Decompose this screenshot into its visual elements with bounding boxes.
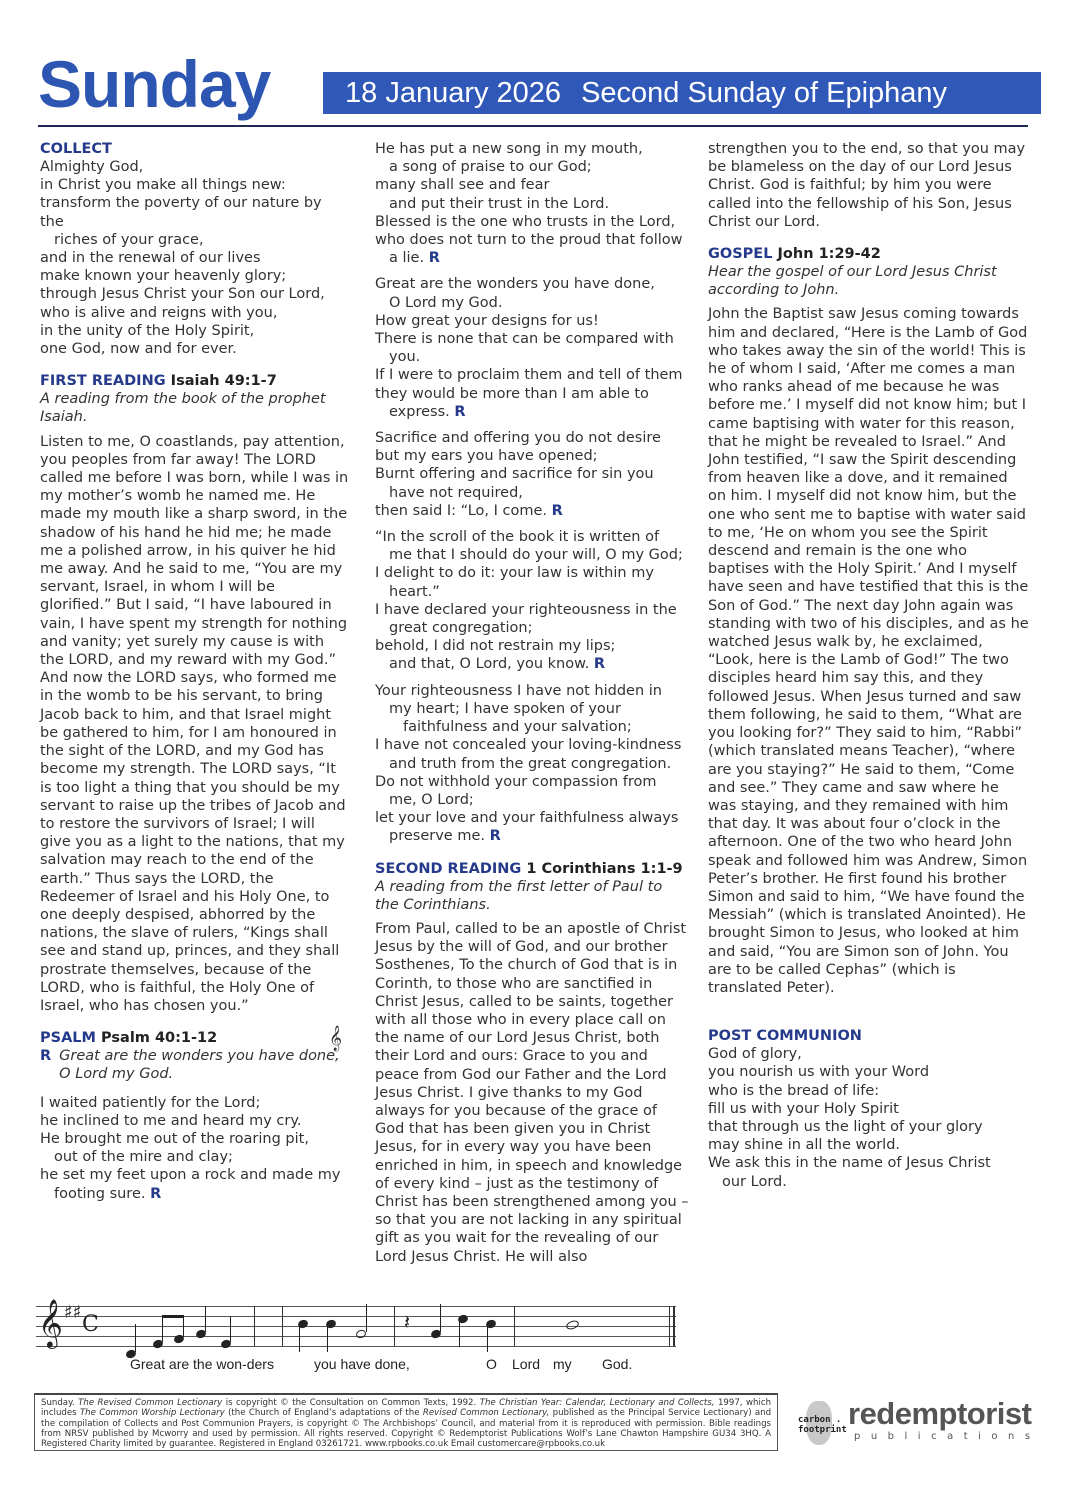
collect-line: through Jesus Christ your Son our Lord, — [40, 285, 350, 303]
psalm-stanza: Your righteousness I have not hidden in … — [375, 682, 690, 846]
note-stem — [162, 1316, 163, 1342]
psalm-stanza: He has put a new song in my mouth, a son… — [375, 140, 690, 267]
psalm-line: I have declared your righteousness in th… — [375, 601, 690, 619]
psalm-line: faithfulness and your salvation; — [375, 718, 690, 736]
collect-line: Almighty God, — [40, 158, 350, 176]
psalm-line: who does not turn to the proud that foll… — [375, 231, 690, 249]
psalm-stanza: I waited patiently for the Lord; he incl… — [40, 1094, 350, 1203]
lyric: my — [553, 1356, 572, 1372]
psalm-line: my heart; I have spoken of your — [375, 700, 690, 718]
second-reading-heading: SECOND READING 1 Corinthians 1:1-9 — [375, 860, 690, 878]
response-text: Great are the wonders you have done, O L… — [59, 1047, 350, 1083]
collect-line: one God, now and for ever. — [40, 340, 350, 358]
collect-line: who is alive and reigns with you, — [40, 304, 350, 322]
psalm-line-text: a lie. — [389, 250, 424, 266]
publisher-logos: carbon . footprint redemptorist publicat… — [790, 1393, 1030, 1453]
gospel-heading: GOSPEL John 1:29-42 — [708, 245, 1030, 263]
redemptorist-logo: redemptorist — [848, 1397, 1031, 1431]
note-stem — [366, 1304, 367, 1332]
psalm-line: me that I should do your will, O my God; — [375, 546, 690, 564]
collect-line: riches of your grace, — [40, 231, 350, 249]
prayer-line: you nourish us with your Word — [708, 1063, 1030, 1081]
carbon-label: carbon . — [798, 1415, 847, 1425]
psalm-response: R Great are the wonders you have done, O… — [40, 1047, 350, 1083]
psalm-line: great congregation; — [375, 619, 690, 637]
psalm-line: Great are the wonders you have done, — [375, 275, 690, 293]
psalm-line-text: footing sure. — [54, 1186, 145, 1202]
copyright-notice: Sunday. The Revised Common Lectionary is… — [34, 1393, 778, 1451]
column-2: He has put a new song in my mouth, a son… — [375, 140, 690, 1266]
final-barline — [673, 1306, 675, 1346]
psalm-stanza: Great are the wonders you have done, O L… — [375, 275, 690, 421]
copyright-title: The Revised Common Lectionary — [78, 1398, 222, 1408]
psalm-line: behold, I did not restrain my lips; — [375, 637, 690, 655]
response-marker: R — [454, 404, 465, 420]
carbon-label: footprint — [798, 1425, 847, 1435]
psalm-line: a lie. R — [375, 249, 690, 267]
response-marker: R — [150, 1186, 161, 1202]
collect-line: transform the poverty of our nature by t… — [40, 194, 350, 230]
gospel-intro: Hear the gospel of our Lord Jesus Christ… — [708, 263, 1030, 299]
carbon-footprint-logo: carbon . footprint — [796, 1401, 844, 1445]
note-stem — [440, 1304, 441, 1332]
staff-line — [36, 1326, 676, 1327]
second-reading-section: SECOND READING 1 Corinthians 1:1-9 A rea… — [375, 860, 690, 1266]
reading-text: Listen to me, O coastlands, pay attentio… — [40, 433, 350, 1016]
date-label: 18 January 2026 — [345, 77, 561, 109]
psalm-stanza: Sacrifice and offering you do not desire… — [375, 429, 690, 520]
reading-text: From Paul, called to be an apostle of Ch… — [375, 920, 690, 1266]
scripture-reference: Psalm 40:1-12 — [101, 1030, 217, 1046]
note-stem — [135, 1324, 136, 1352]
prayer-line: We ask this in the name of Jesus Christ — [708, 1154, 1030, 1172]
prayer-line: our Lord. — [708, 1173, 1030, 1191]
psalm-line: express. R — [375, 403, 690, 421]
collect-line: in the unity of the Holy Spirit, — [40, 322, 350, 340]
copyright-title: Revised Common Lectionary, — [423, 1408, 549, 1418]
note-stem — [230, 1316, 231, 1342]
collect-line: in Christ you make all things new: — [40, 176, 350, 194]
treble-clef-icon: 𝄞 — [329, 1029, 342, 1049]
page-header: Sunday 18 January 2026Second Sunday of E… — [38, 50, 1028, 130]
psalm-line: I have not concealed your loving-kindnes… — [375, 736, 690, 754]
response-marker: R — [594, 656, 605, 672]
gospel-section: GOSPEL John 1:29-42 Hear the gospel of o… — [708, 245, 1030, 997]
staff-line — [36, 1346, 676, 1347]
first-reading-heading: FIRST READING Isaiah 49:1-7 — [40, 372, 350, 390]
psalm-line: Burnt offering and sacrifice for sin you — [375, 465, 690, 483]
psalm-line: me, O Lord; — [375, 791, 690, 809]
barline — [394, 1306, 395, 1346]
staff-line — [36, 1316, 676, 1317]
prayer-line: God of glory, — [708, 1045, 1030, 1063]
psalm-line: he set my feet upon a rock and made my — [40, 1166, 350, 1184]
treble-clef-icon: 𝄞 — [38, 1298, 63, 1348]
psalm-line: they would be more than I am able to — [375, 385, 690, 403]
psalm-line: but my ears you have opened; — [375, 447, 690, 465]
carbon-footprint-text: carbon . footprint — [798, 1415, 847, 1435]
copyright-title: The Christian Year: Calendar, Lectionary… — [480, 1398, 715, 1408]
occasion-label: Second Sunday of Epiphany — [581, 77, 947, 109]
key-signature-icon: ♯♯ — [64, 1304, 81, 1322]
collect-heading: COLLECT — [40, 140, 350, 158]
gospel-text: John the Baptist saw Jesus coming toward… — [708, 305, 1030, 997]
psalm-line: Do not withhold your compassion from — [375, 773, 690, 791]
barline — [282, 1306, 283, 1346]
post-communion-heading: POST COMMUNION — [708, 1027, 1030, 1045]
response-marker: R — [429, 250, 440, 266]
lyric: you have done, — [314, 1356, 410, 1372]
psalm-line: you. — [375, 348, 690, 366]
redemptorist-subtitle: publications — [854, 1431, 1041, 1443]
scripture-reference: John 1:29-42 — [778, 246, 881, 262]
collect-section: COLLECT Almighty God, in Christ you make… — [40, 140, 350, 358]
post-communion-section: POST COMMUNION God of glory, you nourish… — [708, 1027, 1030, 1191]
barline — [254, 1306, 255, 1346]
prayer-line: may shine in all the world. — [708, 1136, 1030, 1154]
psalm-response-music: 𝄞 ♯♯ C 𝄽 — [36, 1298, 686, 1378]
psalm-line: There is none that can be compared with — [375, 330, 690, 348]
psalm-line-text: preserve me. — [389, 828, 485, 844]
copyright-text: is copyright © the Consultation on Commo… — [226, 1398, 477, 1408]
collect-line: and in the renewal of our lives — [40, 249, 350, 267]
psalm-line: If I were to proclaim them and tell of t… — [375, 366, 690, 384]
note-stem — [183, 1315, 184, 1337]
section-label: SECOND READING — [375, 861, 521, 877]
psalm-line: out of the mire and clay; — [40, 1148, 350, 1166]
barline — [669, 1306, 670, 1346]
psalm-line: a song of praise to our God; — [375, 158, 690, 176]
psalm-stanza: “In the scroll of the book it is written… — [375, 528, 690, 674]
psalm-line: have not required, — [375, 484, 690, 502]
note-stem — [205, 1306, 206, 1332]
response-marker: R — [490, 828, 501, 844]
section-label: PSALM — [40, 1030, 96, 1046]
note-stem — [327, 1324, 328, 1352]
day-title: Sunday — [38, 44, 270, 124]
header-divider — [38, 125, 1028, 127]
psalm-line: He has put a new song in my mouth, — [375, 140, 690, 158]
psalm-line: and truth from the great congregation. — [375, 755, 690, 773]
psalm-line: many shall see and fear — [375, 176, 690, 194]
staff-line — [36, 1306, 676, 1307]
psalm-line: footing sure. R — [40, 1185, 350, 1203]
psalm-line: “In the scroll of the book it is written… — [375, 528, 690, 546]
whole-note-icon — [565, 1319, 580, 1331]
response-marker: R — [40, 1047, 51, 1083]
copyright-text: Sunday. — [41, 1398, 75, 1408]
copyright-text: (the Church of England’s adaptations of … — [228, 1408, 419, 1418]
collect-line: make known your heavenly glory; — [40, 267, 350, 285]
psalm-line: then said I: “Lo, I come. R — [375, 502, 690, 520]
lyric: God. — [602, 1356, 632, 1372]
note-beam — [162, 1315, 184, 1318]
column-1: COLLECT Almighty God, in Christ you make… — [40, 140, 350, 1211]
rest-icon: 𝄽 — [404, 1312, 410, 1332]
psalm-line: and put their trust in the Lord. — [375, 195, 690, 213]
psalm-line: Sacrifice and offering you do not desire — [375, 429, 690, 447]
lyric: Great are the won-ders — [130, 1356, 274, 1372]
psalm-line: He brought me out of the roaring pit, — [40, 1130, 350, 1148]
date-band: 18 January 2026Second Sunday of Epiphany — [323, 72, 1041, 114]
psalm-line: O Lord my God. — [375, 294, 690, 312]
psalm-heading: PSALM Psalm 40:1-12 — [40, 1029, 350, 1047]
psalm-line: let your love and your faithfulness alwa… — [375, 809, 690, 827]
column-3: strengthen you to the end, so that you m… — [708, 140, 1030, 1191]
prayer-line: that through us the light of your glory — [708, 1118, 1030, 1136]
time-signature-icon: C — [82, 1314, 99, 1336]
reading-intro: A reading from the first letter of Paul … — [375, 878, 690, 914]
prayer-line: who is the bread of life: — [708, 1082, 1030, 1100]
section-label: FIRST READING — [40, 373, 166, 389]
psalm-line-text: and that, O Lord, you know. — [389, 656, 589, 672]
note-stem — [299, 1324, 300, 1352]
psalm-line: I waited patiently for the Lord; — [40, 1094, 350, 1112]
scripture-reference: 1 Corinthians 1:1-9 — [526, 861, 682, 877]
barline — [514, 1306, 515, 1346]
first-reading-section: FIRST READING Isaiah 49:1-7 A reading fr… — [40, 372, 350, 1015]
psalm-line: Blessed is the one who trusts in the Lor… — [375, 213, 690, 231]
reading-intro: A reading from the book of the prophet I… — [40, 390, 350, 426]
psalm-line: heart.” — [375, 583, 690, 601]
lyric: O — [486, 1356, 497, 1372]
prayer-line: fill us with your Holy Spirit — [708, 1100, 1030, 1118]
psalm-line-text: express. — [389, 404, 450, 420]
note-stem — [487, 1324, 488, 1352]
lyric: Lord — [512, 1356, 540, 1372]
copyright-title: The Common Worship Lectionary — [80, 1408, 225, 1418]
psalm-line: How great your designs for us! — [375, 312, 690, 330]
scripture-reference: Isaiah 49:1-7 — [171, 373, 277, 389]
psalm-line: he inclined to me and heard my cry. — [40, 1112, 350, 1130]
psalm-line: preserve me. R — [375, 827, 690, 845]
music-staff: 𝄞 ♯♯ C 𝄽 — [36, 1306, 676, 1346]
psalm-line: Your righteousness I have not hidden in — [375, 682, 690, 700]
psalm-line: I delight to do it: your law is within m… — [375, 564, 690, 582]
psalm-section: 𝄞 PSALM Psalm 40:1-12 R Great are the wo… — [40, 1029, 350, 1203]
psalm-line-text: then said I: “Lo, I come. — [375, 503, 547, 519]
section-label: GOSPEL — [708, 246, 772, 262]
psalm-line: and that, O Lord, you know. R — [375, 655, 690, 673]
note-stem — [459, 1319, 460, 1347]
response-marker: R — [552, 503, 563, 519]
reading-text-continued: strengthen you to the end, so that you m… — [708, 140, 1030, 231]
